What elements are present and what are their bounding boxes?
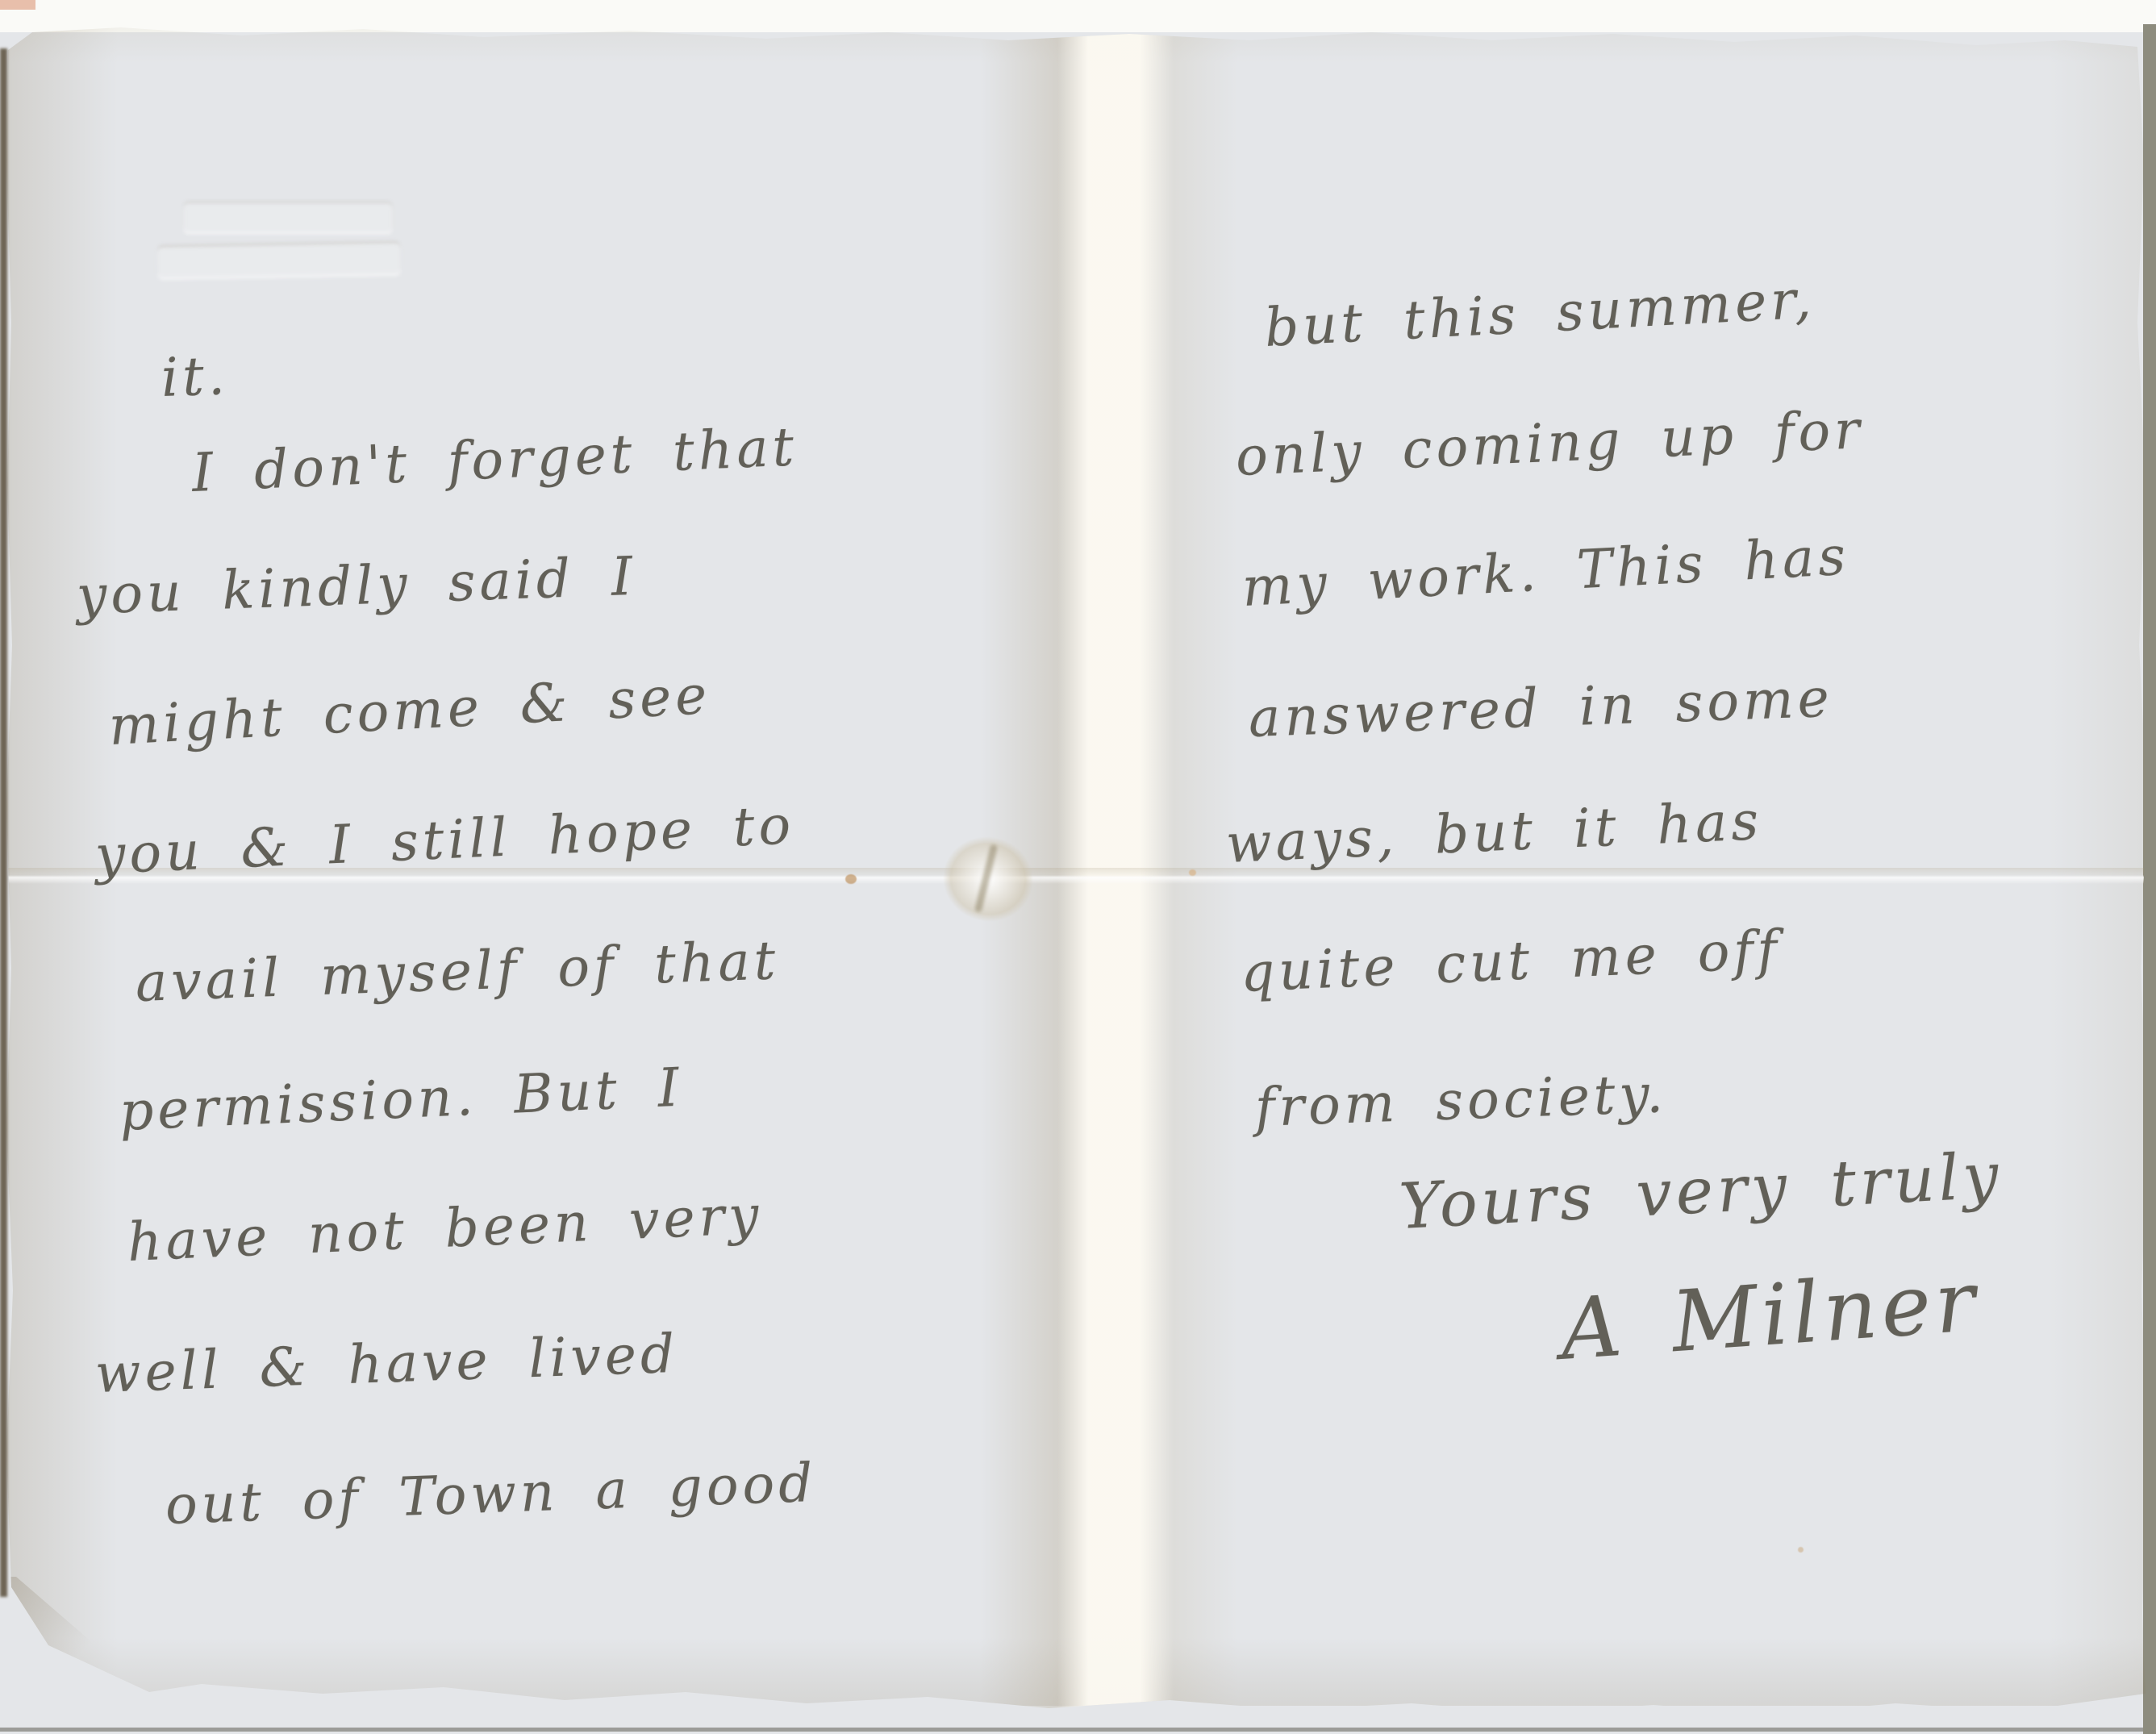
signature: A Milner — [1558, 1252, 1983, 1379]
handwriting-line: quite cut me off — [1239, 919, 1782, 1004]
handwriting-line: from society. — [1254, 1062, 1668, 1139]
handwriting-line: well & have lived — [94, 1323, 680, 1405]
handwriting-line: you kindly said I — [76, 545, 638, 627]
embossed-letterhead — [184, 203, 392, 232]
handwriting-line: ways, but it has — [1224, 790, 1763, 875]
handwriting-line: out of Town a good — [165, 1452, 818, 1536]
handwriting-line: avail myself of that — [135, 929, 781, 1014]
handwriting-line: might come & see — [107, 664, 712, 757]
scanner-edge-artifact — [0, 0, 35, 10]
handwriting-line: my work. This has — [1241, 525, 1851, 619]
foxing-spot — [845, 874, 857, 884]
foxing-spot — [1798, 1547, 1804, 1553]
paper-left-edge-shadow — [0, 48, 7, 1597]
handwriting-line: but this summer, — [1263, 268, 1816, 359]
handwriting-line: have not been very — [126, 1184, 764, 1273]
handwriting-line: answered in some — [1248, 667, 1834, 749]
letter-closing: Yours very truly — [1398, 1140, 2004, 1244]
letter-scan: it. I don't forget that you kindly said … — [0, 0, 2156, 1734]
embossed-letterhead — [158, 243, 401, 277]
scanner-edge-line — [0, 1728, 2156, 1732]
paper: it. I don't forget that you kindly said … — [0, 0, 2156, 1734]
handwriting-line: I don't forget that — [190, 415, 799, 504]
scanner-background-top — [0, 0, 2156, 32]
foxing-spot — [1189, 869, 1196, 876]
handwriting-line: only coming up for — [1234, 398, 1865, 488]
handwriting-line: it. — [161, 344, 230, 409]
handwriting-line: permission. But I — [118, 1057, 684, 1143]
